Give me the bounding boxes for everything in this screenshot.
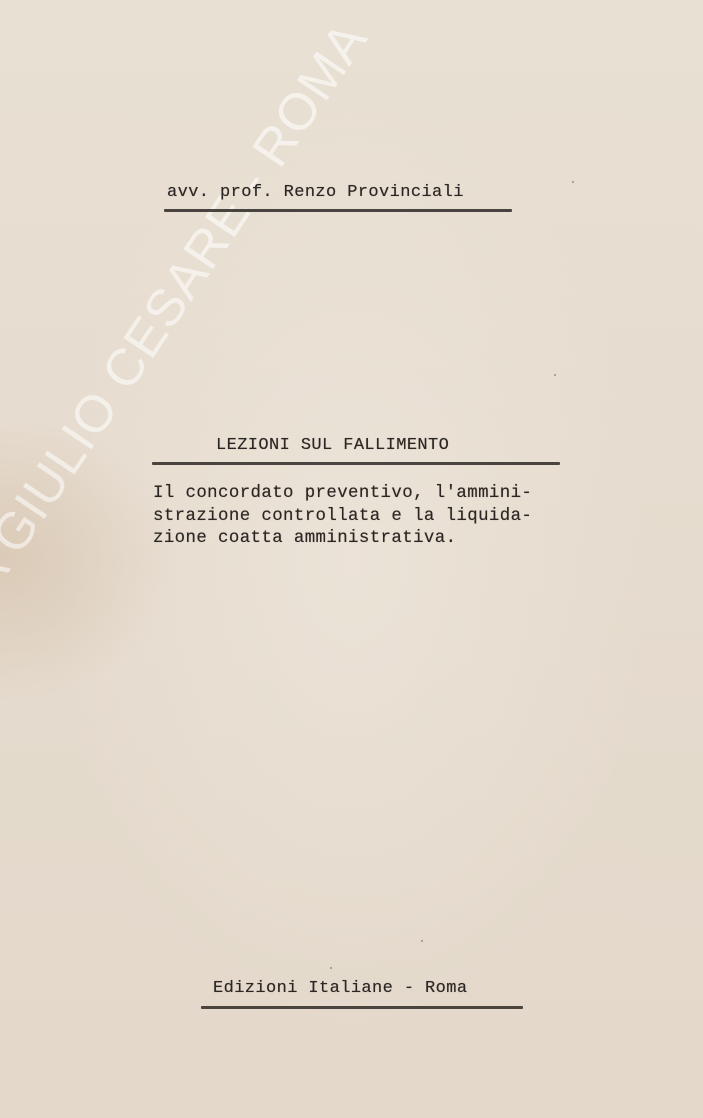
author-underline bbox=[164, 209, 512, 212]
author-line: avv. prof. Renzo Provinciali bbox=[167, 183, 464, 202]
subtitle-line: strazione controllata e la liquida- bbox=[153, 507, 532, 526]
title-underline bbox=[152, 462, 560, 465]
title-page: LIBRERIA ANTIQUARIA GIULIO CESARE - ROMA… bbox=[0, 0, 703, 1118]
publisher-line: Edizioni Italiane - Roma bbox=[213, 979, 467, 998]
subtitle-line: zione coatta amministrativa. bbox=[153, 529, 456, 548]
subtitle-line: Il concordato preventivo, l'ammini- bbox=[153, 484, 532, 503]
paper-speck bbox=[330, 967, 332, 969]
paper-speck bbox=[572, 181, 574, 183]
document-title: LEZIONI SUL FALLIMENTO bbox=[216, 436, 449, 455]
watermark: LIBRERIA ANTIQUARIA GIULIO CESARE - ROMA bbox=[0, 195, 256, 1058]
publisher-underline bbox=[201, 1006, 523, 1009]
paper-speck bbox=[421, 940, 423, 942]
paper-speck bbox=[554, 374, 556, 376]
